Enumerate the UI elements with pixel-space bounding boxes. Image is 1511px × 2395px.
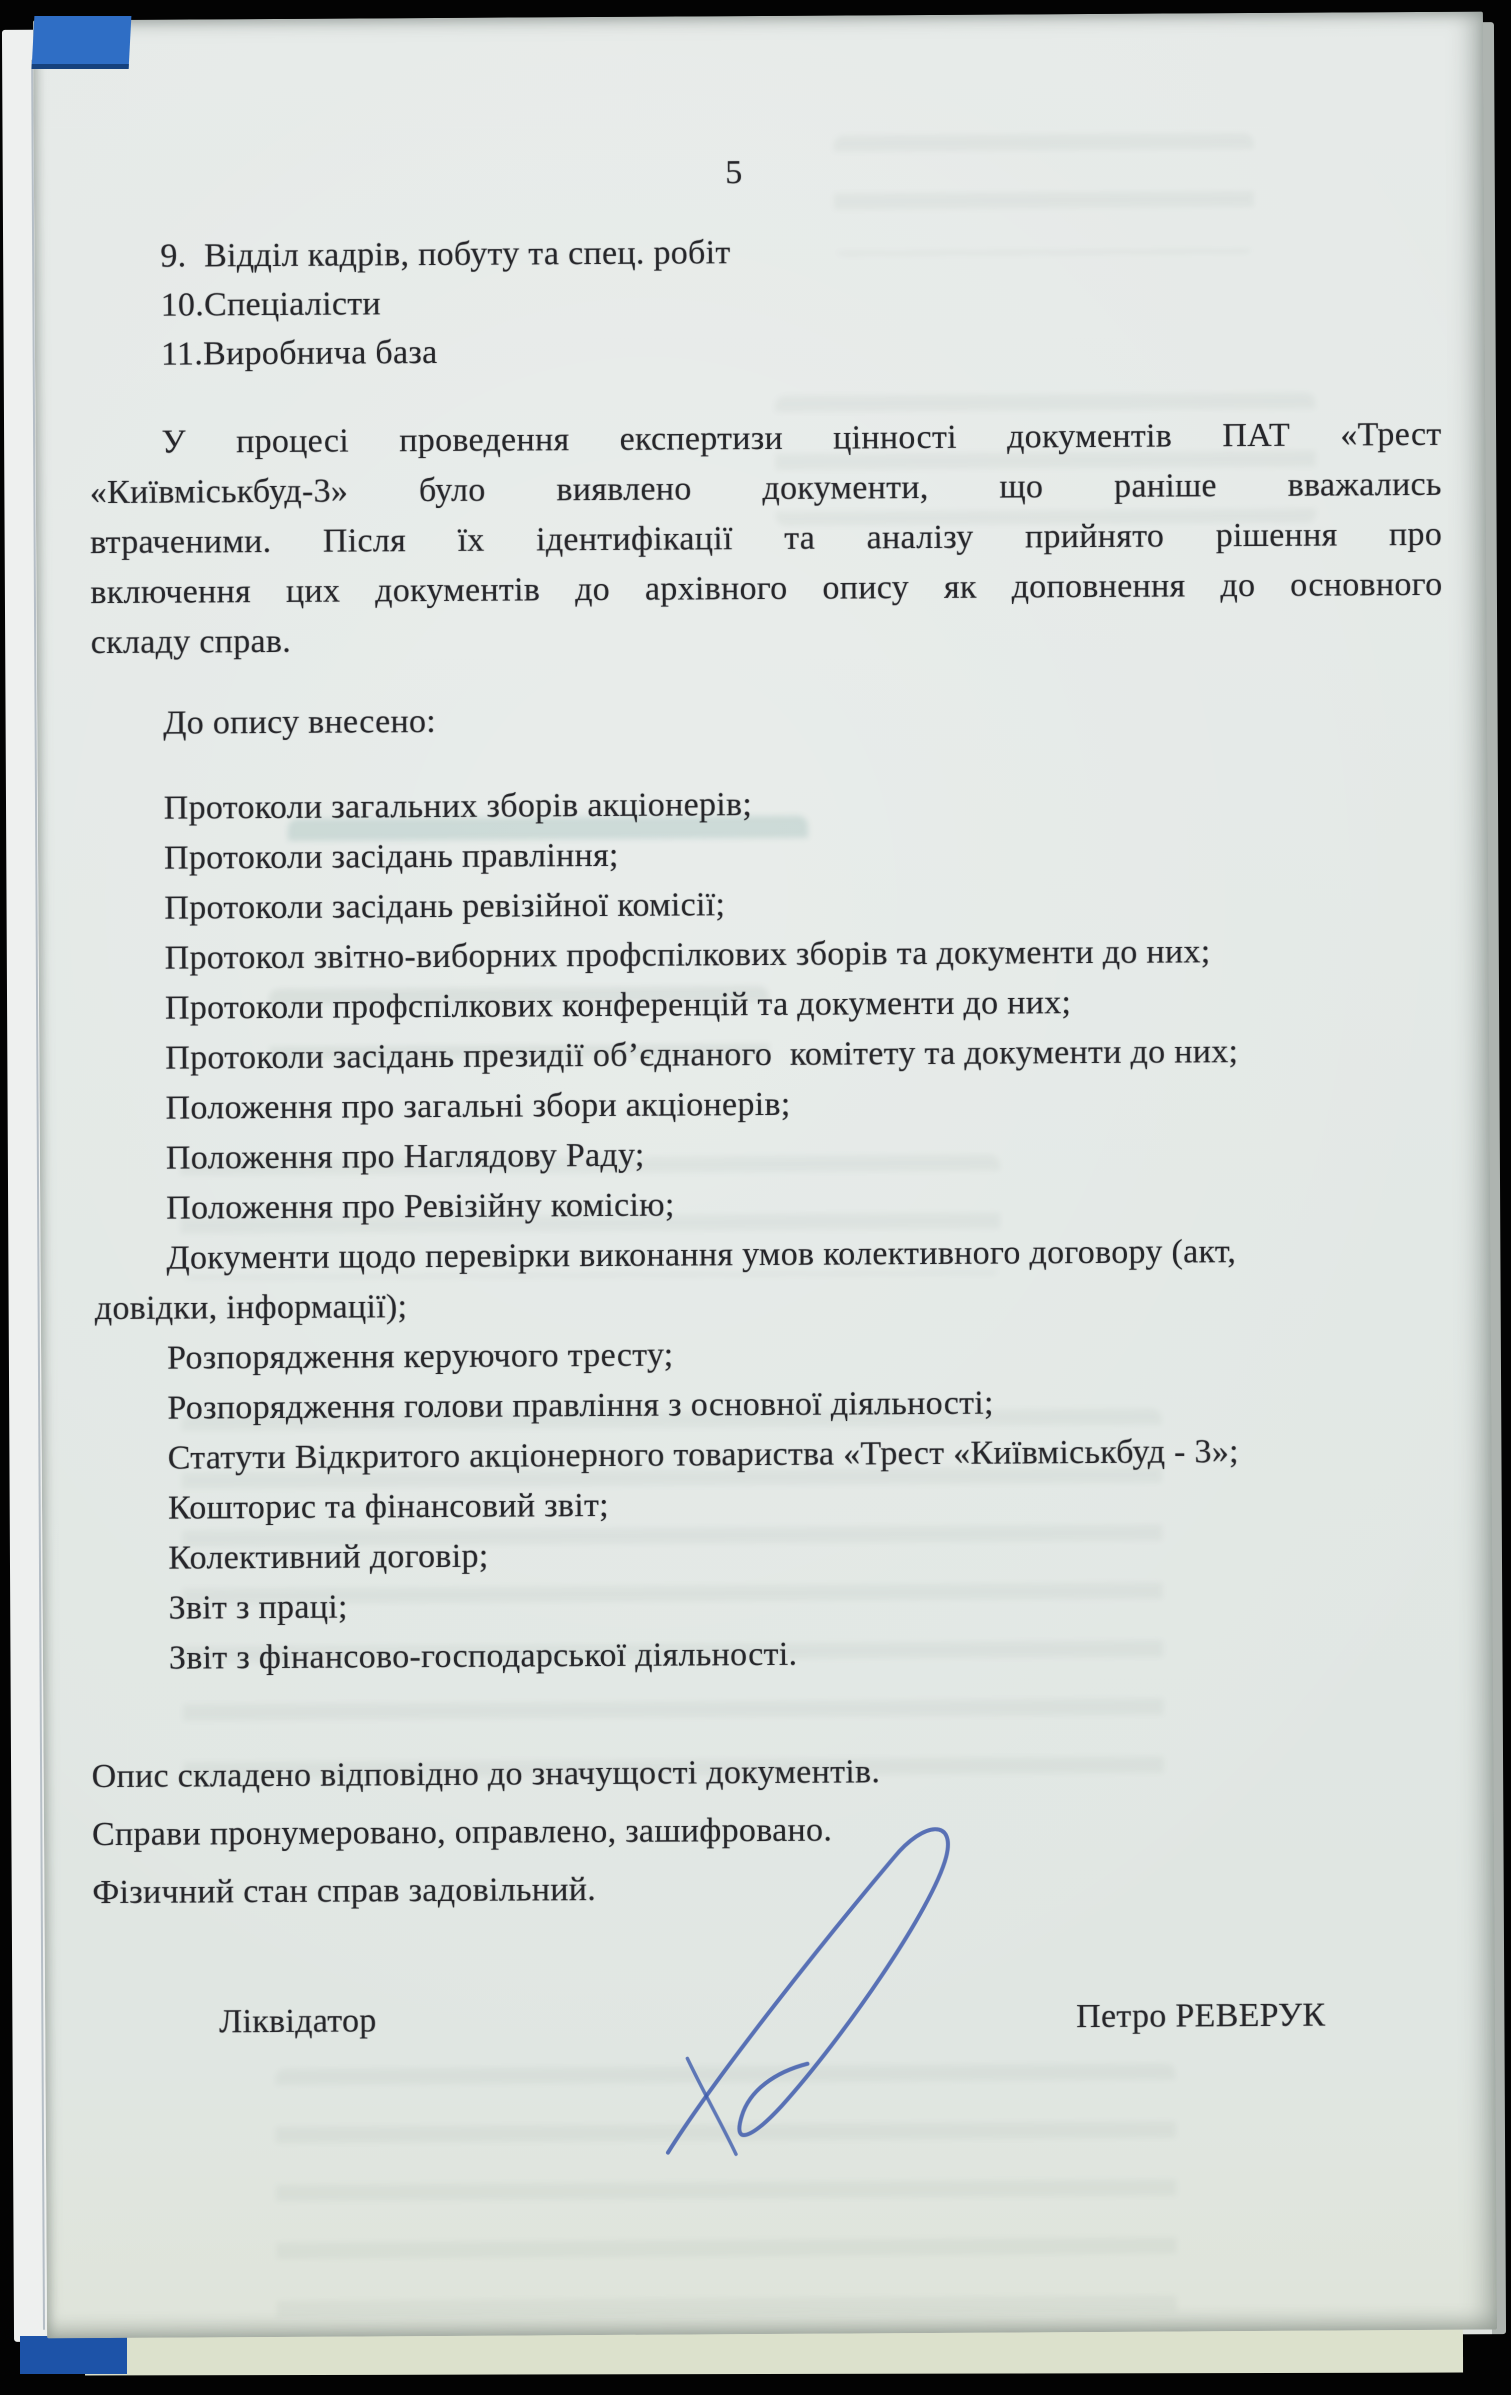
department-item: 9. Відділ кадрів, побуту та спец. робіт — [160, 228, 730, 280]
inventory-line: Протоколи загальних зборів акціонерів; — [92, 776, 1444, 834]
inventory-line-continuation: довідки, інформації); — [95, 1276, 1447, 1334]
inventory-line: Розпорядження керуючого тресту; — [95, 1326, 1447, 1384]
inventory-list: Протоколи загальних зборів акціонерів; П… — [92, 776, 1449, 1684]
photo-background: 5 9. Відділ кадрів, побуту та спец. робі… — [0, 0, 1511, 2395]
page-content: 5 9. Відділ кадрів, побуту та спец. робі… — [33, 12, 1497, 2339]
inventory-line: Розпорядження голови правління з основно… — [95, 1376, 1447, 1434]
paragraph-line: У процесі проведення експертизи цінності… — [89, 410, 1441, 468]
intro-paragraph: У процесі проведення експертизи цінності… — [89, 410, 1443, 668]
scanned-page: 5 9. Відділ кадрів, побуту та спец. робі… — [33, 12, 1497, 2339]
paragraph-line: включення цих документів до архівного оп… — [90, 560, 1442, 618]
paragraph-line: складу справ. — [91, 610, 1443, 668]
closing-note: Опис складено відповідно до значущості д… — [92, 1755, 881, 1794]
inventory-line: Положення про Ревізійну комісію; — [94, 1176, 1446, 1234]
inventory-line: Статути Відкритого акціонерного товарист… — [96, 1426, 1448, 1484]
signature-signer-name: Петро РЕВЕРУК — [1076, 1997, 1325, 2037]
inventory-line: Звіт з фінансово-господарської діяльност… — [97, 1626, 1449, 1684]
inventory-line: Положення про Наглядову Раду; — [94, 1126, 1446, 1184]
inventory-line: Протоколи засідань ревізійної комісії; — [92, 876, 1444, 934]
department-item: 10.Спеціалісти — [161, 277, 731, 329]
department-list: 9. Відділ кадрів, побуту та спец. робіт … — [160, 228, 731, 378]
department-item: 11.Виробнича база — [161, 326, 731, 378]
bookmark-tab-bottom — [20, 2336, 127, 2374]
inventory-line: Положення про загальні збори акціонерів; — [93, 1076, 1445, 1134]
bookmark-tab-top — [32, 16, 132, 69]
paragraph-line: «Київміськбуд-3» було виявлено документи… — [90, 460, 1442, 518]
handwritten-signature — [594, 1805, 996, 2177]
inventory-line: Протоколи засідань президії об’єднаного … — [93, 1026, 1445, 1084]
inventory-line: Кошторис та фінансовий звіт; — [96, 1476, 1448, 1534]
inventory-line: Звіт з праці; — [96, 1576, 1448, 1634]
signature-role-label: Ліквідатор — [219, 2002, 377, 2041]
paragraph-line: втраченими. Після їх ідентифікації та ан… — [90, 510, 1442, 568]
inventory-line: Колективний договір; — [96, 1526, 1448, 1584]
inventory-line: Протоколи засідань правління; — [92, 826, 1444, 884]
page-number: 5 — [654, 154, 814, 193]
list-heading: До опису внесено: — [163, 703, 436, 743]
inventory-line: Протокол звітно-виборних профспілкових з… — [93, 926, 1445, 984]
inventory-line: Протоколи профспілкових конференцій та д… — [93, 976, 1445, 1034]
inventory-line: Документи щодо перевірки виконання умов … — [94, 1226, 1446, 1284]
